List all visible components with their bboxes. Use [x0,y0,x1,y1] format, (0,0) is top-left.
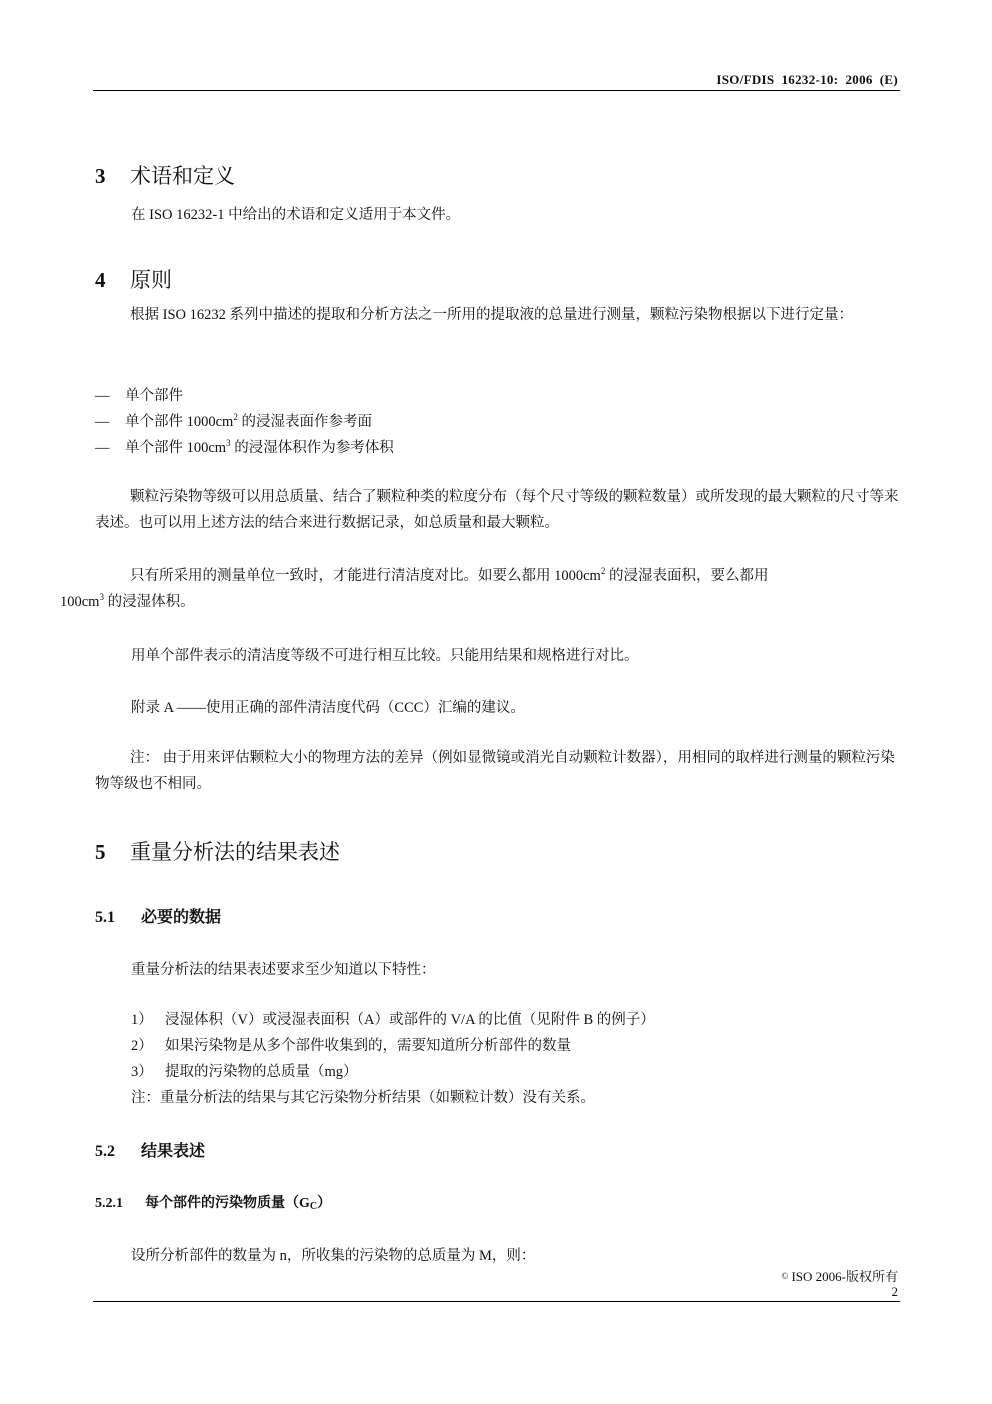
list-item: 2）如果污染物是从多个部件收集到的，需要知道所分析部件的数量 [131,1034,571,1055]
section-number: 4 [95,268,130,293]
list-item: 3）提取的污染物的总质量（mg） [131,1060,358,1081]
dash-bullet: — [95,414,125,431]
item-number: 1） [131,1008,165,1029]
section-5-heading: 5重量分析法的结果表述 [95,836,340,866]
section-5-2-heading: 5.2结果表述 [95,1138,205,1161]
list-item: 1）浸湿体积（V）或浸湿表面积（A）或部件的 V/A 的比值（见附件 B 的例子… [131,1008,655,1029]
section-title: 重量分析法的结果表述 [130,840,340,864]
section-4-intro: 根据 ISO 16232 系列中描述的提取和分析方法之一所用的提取液的总量进行测… [95,302,900,328]
page-number: 2 [892,1284,899,1300]
header-rule [93,90,900,91]
section-3-text: 在 ISO 16232-1 中给出的术语和定义适用于本文件。 [131,203,460,224]
section-title: 必要的数据 [141,909,221,926]
section-4-heading: 4原则 [95,264,172,294]
dash-bullet: — [95,388,125,405]
section-3-heading: 3术语和定义 [95,160,235,190]
copyright-notice: © ISO 2006-版权所有 [781,1266,898,1285]
section-title: 术语和定义 [130,164,235,188]
section-number: 5.2 [95,1143,141,1161]
section-title: 结果表述 [141,1143,205,1160]
paragraph-single-part: 用单个部件表示的清洁度等级不可进行相互比较。只能用结果和规格进行对比。 [131,644,639,665]
dash-bullet: — [95,440,125,457]
section-number: 5.1 [95,909,141,927]
section-number: 5.2.1 [95,1196,145,1212]
item-number: 3） [131,1060,165,1081]
paragraph-grade-expression: 颗粒污染物等级可以用总质量、结合了颗粒种类的粒度分布（每个尺寸等级的颗粒数量）或… [95,484,900,536]
paragraph-annex-a: 附录 A ——使用正确的部件清洁度代码（CCC）汇编的建议。 [131,696,525,717]
list-item: —单个部件 100cm3 的浸湿体积作为参考体积 [95,436,394,457]
section-number: 3 [95,164,130,189]
section-5-1-intro: 重量分析法的结果表述要求至少知道以下特性： [131,958,436,979]
note-measurement-method: 注： 由于用来评估颗粒大小的物理方法的差异（例如显微镜或消光自动颗粒计数器），用… [95,745,900,797]
section-number: 5 [95,840,130,865]
section-5-2-1-heading: 5.2.1每个部件的污染物质量（GC） [95,1192,331,1212]
item-number: 2） [131,1034,165,1055]
document-id-header: ISO/FDIS 16232-10: 2006 (E) [716,72,898,88]
section-5-2-1-text: 设所分析部件的数量为 n，所收集的污染物的总质量为 M，则： [131,1244,535,1265]
section-title: 原则 [130,268,172,292]
list-item: —单个部件 1000cm2 的浸湿表面作参考面 [95,410,372,431]
section-5-1-heading: 5.1必要的数据 [95,904,221,927]
footer-rule [93,1301,900,1302]
note-gravimetric: 注：重量分析法的结果与其它污染物分析结果（如颗粒计数）没有关系。 [131,1086,595,1107]
paragraph-comparison-units: 只有所采用的测量单位一致时，才能进行清洁度对比。如要么都用 1000cm2 的浸… [95,563,900,615]
list-item: —单个部件 [95,384,183,405]
